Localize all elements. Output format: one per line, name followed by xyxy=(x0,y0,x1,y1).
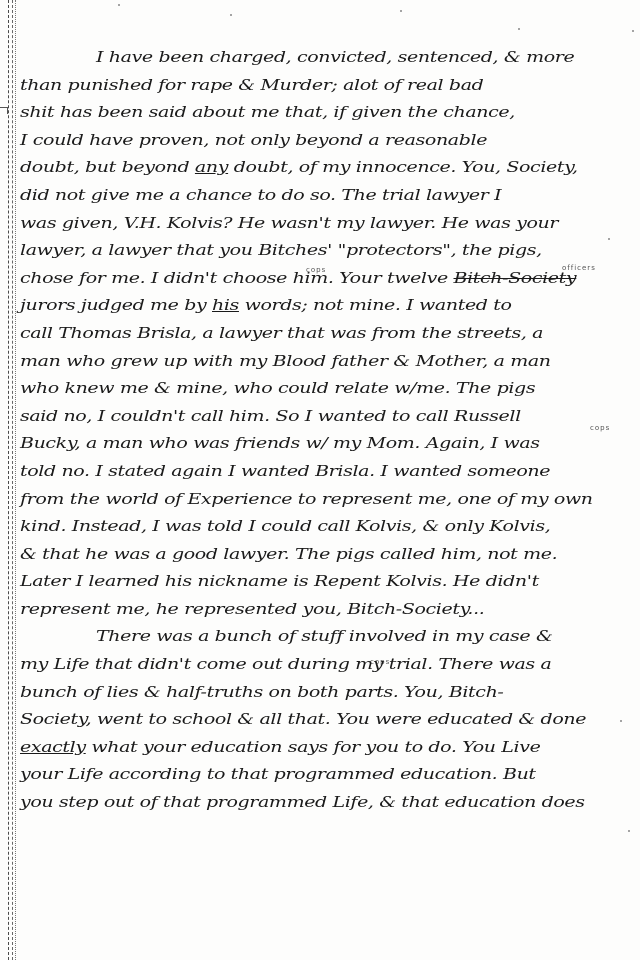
scan-speck xyxy=(518,28,520,30)
text-line: you step out of that programmed Life, & … xyxy=(20,789,630,817)
text-line: There was a bunch of stuff involved in m… xyxy=(20,623,630,651)
text-line: doubt, but beyond any doubt, of my innoc… xyxy=(20,154,630,182)
text-line: Society, went to school & all that. You … xyxy=(20,706,630,734)
text-line: chose for me. I didn't choose him. Your … xyxy=(20,265,630,293)
text-line: exactly what your education says for you… xyxy=(20,734,630,762)
letter-body: I have been charged, convicted, sentence… xyxy=(20,44,630,817)
margin-rule xyxy=(12,0,13,960)
text-line: represent me, he represented you, Bitch-… xyxy=(20,596,630,624)
text-line: did not give me a chance to do so. The t… xyxy=(20,182,630,210)
text-line: my Life that didn't come out during my t… xyxy=(20,651,630,679)
text-line: I have been charged, convicted, sentence… xyxy=(20,44,630,72)
scan-speck xyxy=(400,10,402,12)
scan-speck xyxy=(628,830,630,832)
paragraph-1: I have been charged, convicted, sentence… xyxy=(20,44,630,623)
text-line: I could have proven, not only beyond a r… xyxy=(20,127,630,155)
letter-page: cops officers cops cops I have been char… xyxy=(0,0,640,960)
text-line: bunch of lies & half-truths on both part… xyxy=(20,679,630,707)
scan-speck xyxy=(230,14,232,16)
text-line: shit has been said about me that, if giv… xyxy=(20,99,630,127)
text-line: than punished for rape & Murder; alot of… xyxy=(20,72,630,100)
text-line: told no. I stated again I wanted Brisla.… xyxy=(20,458,630,486)
margin-mark xyxy=(0,107,8,114)
text-line: from the world of Experience to represen… xyxy=(20,486,630,514)
text-line: man who grew up with my Blood father & M… xyxy=(20,348,630,376)
paragraph-2: There was a bunch of stuff involved in m… xyxy=(20,623,630,816)
text-line: said no, I couldn't call him. So I wante… xyxy=(20,403,630,431)
text-line: call Thomas Brisla, a lawyer that was fr… xyxy=(20,320,630,348)
margin-rule xyxy=(8,0,9,960)
text-line: jurors judged me by his words; not mine.… xyxy=(20,292,630,320)
text-line: Later I learned his nickname is Repent K… xyxy=(20,568,630,596)
text-line: who knew me & mine, who could relate w/m… xyxy=(20,375,630,403)
scan-speck xyxy=(632,30,634,32)
text-line: your Life according to that programmed e… xyxy=(20,761,630,789)
text-line: kind. Instead, I was told I could call K… xyxy=(20,513,630,541)
margin-rule xyxy=(15,0,16,960)
text-line: Bucky, a man who was friends w/ my Mom. … xyxy=(20,430,630,458)
scan-speck xyxy=(118,4,120,6)
text-line: was given, V.H. Kolvis? He wasn't my law… xyxy=(20,210,630,238)
text-line: lawyer, a lawyer that you Bitches' "prot… xyxy=(20,237,630,265)
text-line: & that he was a good lawyer. The pigs ca… xyxy=(20,541,630,569)
